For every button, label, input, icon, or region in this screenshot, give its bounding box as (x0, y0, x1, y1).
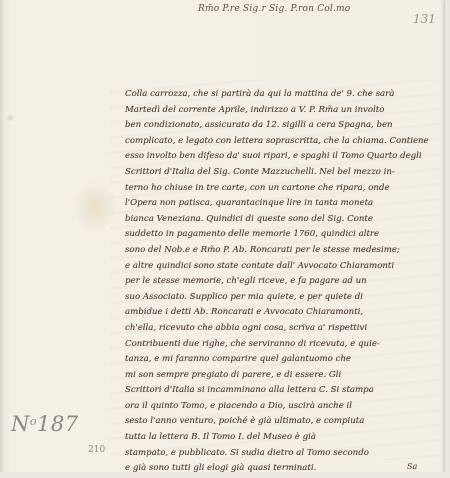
body-line: l'Opera non patisca, quarantacinque lire… (125, 196, 447, 212)
catalog-value: 187 (37, 412, 79, 436)
body-line: ben condizionato, assicurato da 12. sigi… (125, 118, 447, 134)
body-line: terno ho chiuse in tre carte, con un car… (125, 181, 447, 197)
body-line: sesto l'anno venturo, poiché è già ultim… (125, 414, 447, 430)
letter-address-heading: Rm̃o P.re Sig.r Sig. P.ron Col.mo (198, 4, 350, 14)
catalog-suffix: o (30, 415, 37, 428)
catalog-prefix: N (11, 412, 30, 436)
body-line: ambidue i detti Ab. Roncarati e Avvocato… (125, 305, 447, 321)
body-line: suo Associato. Supplico per mia quiete, … (125, 290, 447, 306)
body-line: stampato, e pubblicato. Si sudia dietro … (125, 446, 447, 462)
body-line: per le stesse memorie, ch'egli riceve, e… (125, 274, 447, 290)
body-line: complicato, e legato con lettera soprasc… (125, 134, 447, 150)
manuscript-page: Rm̃o P.re Sig.r Sig. P.ron Col.mo 131 Co… (0, 0, 444, 472)
body-line: e altre quindici sono state contate dall… (125, 259, 447, 275)
folio-number: 131 (413, 12, 436, 26)
body-line: Contribuenti due righe, che serviranno d… (125, 337, 447, 353)
body-line: ora il quinto Tomo, e piacendo a Dio, us… (125, 399, 447, 415)
catch-word: Sa (407, 462, 417, 471)
page-bottom-edge (0, 472, 450, 478)
body-line: Colla carrozza, che si partirà da qui la… (125, 87, 447, 103)
body-line: sono del Nob.e e Rm̃o P. Ab. Roncarati p… (125, 243, 447, 259)
body-line: Scrittori d'Italia si incamminano alla l… (125, 383, 447, 399)
letter-body: Colla carrozza, che si partirà da qui la… (125, 87, 447, 477)
body-line: mi son sempre pregiato di parere, e di e… (125, 368, 447, 384)
body-line: suddetto in pagamento delle memorie 1760… (125, 227, 447, 243)
body-line: ch'ella, ricevuto che abbia ogni cosa, s… (125, 321, 447, 337)
body-line: Martedì del corrente Aprile, indirizzo a… (125, 103, 447, 119)
body-line: tutta la lettera B. Il Tomo I. del Museo… (125, 430, 447, 446)
body-line: Scrittori d'Italia del Sig. Conte Mazzuc… (125, 165, 447, 181)
body-line: bianca Veneziana. Quindici di queste son… (125, 212, 447, 228)
body-line: esso involto ben difeso da' suoi ripari,… (125, 149, 447, 165)
archive-number-annotation: 210 (88, 445, 105, 455)
catalog-number-annotation: No187 (11, 412, 79, 436)
body-line: tanza, e mi faranno comparire quel galan… (125, 352, 447, 368)
